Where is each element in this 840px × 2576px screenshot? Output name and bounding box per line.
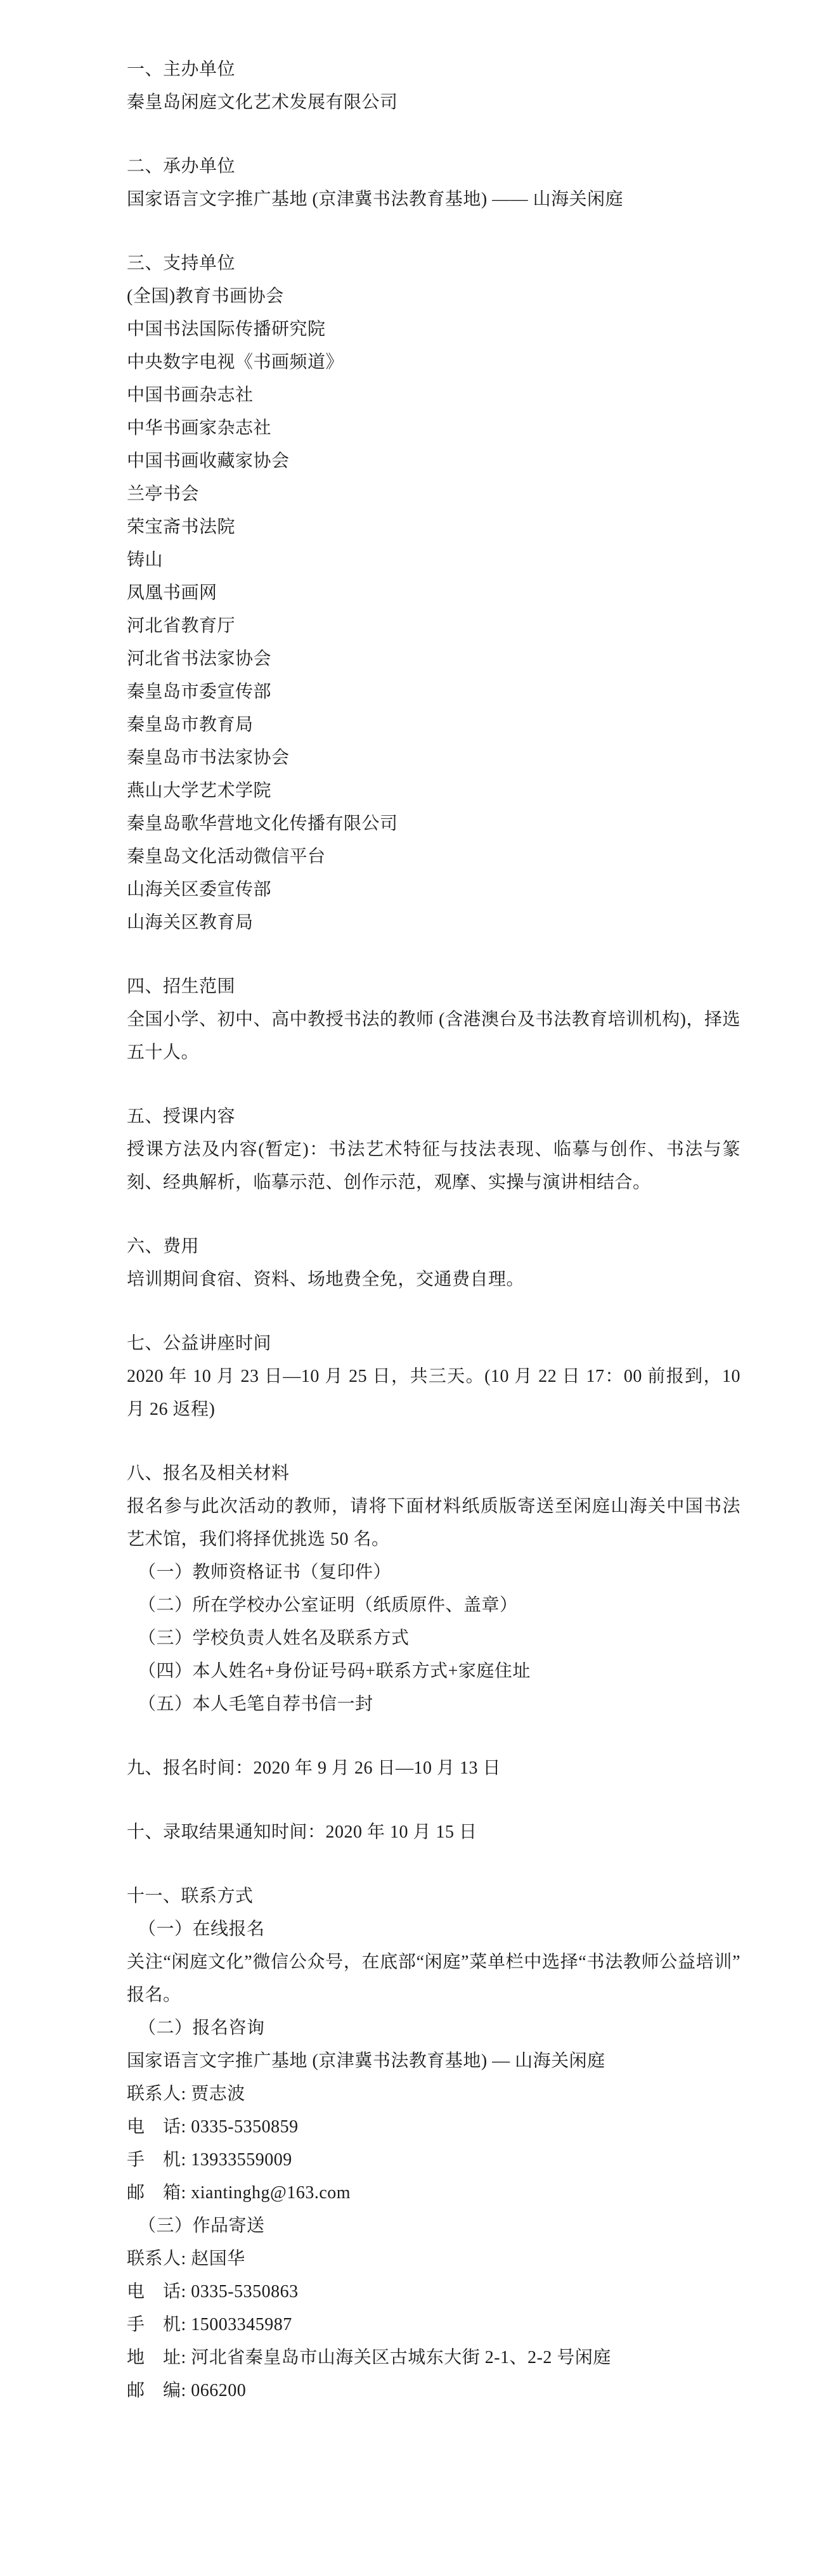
section-lecture-time: 七、公益讲座时间2020 年 10 月 23 日—10 月 25 日，共三天。(… <box>127 1327 740 1426</box>
section-heading: 十一、联系方式 <box>127 1880 740 1913</box>
text-line: 地 址: 河北省秦皇岛市山海关区古城东大街 2-1、2-2 号闲庭 <box>127 2341 740 2374</box>
section-enrollment-scope: 四、招生范围全国小学、初中、高中教授书法的教师 (含港澳台及书法教育培训机构)，… <box>127 970 740 1069</box>
text-line: （二）报名咨询 <box>127 2012 740 2045</box>
text-line: 电 话: 0335-5350859 <box>127 2111 740 2144</box>
text-line: 关注“闲庭文化”微信公众号，在底部“闲庭”菜单栏中选择“书法教师公益培训”报名。 <box>127 1946 740 2012</box>
text-line: （一）教师资格证书（复印件） <box>127 1556 740 1589</box>
text-line: 联系人: 赵国华 <box>127 2243 740 2276</box>
text-line: 培训期间食宿、资料、场地费全免，交通费自理。 <box>127 1263 740 1296</box>
section-heading: 三、支持单位 <box>127 247 740 280</box>
text-line: 兰亭书会 <box>127 478 740 511</box>
text-line: 中央数字电视《书画频道》 <box>127 346 740 379</box>
text-line: 荣宝斋书法院 <box>127 511 740 544</box>
text-line: （四）本人姓名+身份证号码+联系方式+家庭住址 <box>127 1655 740 1688</box>
section-registration-materials: 八、报名及相关材料报名参与此次活动的教师，请将下面材料纸质版寄送至闲庭山海关中国… <box>127 1457 740 1721</box>
text-line: 秦皇岛市教育局 <box>127 709 740 742</box>
text-line: 秦皇岛市委宣传部 <box>127 676 740 709</box>
text-line: 中国书画收藏家协会 <box>127 445 740 478</box>
section-admission-result-time: 十、录取结果通知时间：2020 年 10 月 15 日 <box>127 1816 740 1849</box>
text-line: 秦皇岛歌华营地文化传播有限公司 <box>127 808 740 840</box>
text-line: 秦皇岛市书法家协会 <box>127 742 740 775</box>
text-line: （一）在线报名 <box>127 1913 740 1946</box>
text-line: 邮 编: 066200 <box>127 2374 740 2407</box>
section-host-unit: 一、主办单位秦皇岛闲庭文化艺术发展有限公司 <box>127 53 740 119</box>
text-line: 联系人: 贾志波 <box>127 2078 740 2111</box>
text-line: 凤凰书画网 <box>127 577 740 610</box>
section-heading: 九、报名时间：2020 年 9 月 26 日—10 月 13 日 <box>127 1752 740 1785</box>
section-heading: 一、主办单位 <box>127 53 740 86</box>
section-contact-info: 十一、联系方式（一）在线报名关注“闲庭文化”微信公众号，在底部“闲庭”菜单栏中选… <box>127 1880 740 2407</box>
text-line: 手 机: 15003345987 <box>127 2309 740 2341</box>
section-heading: 四、招生范围 <box>127 970 740 1003</box>
text-line: 秦皇岛闲庭文化艺术发展有限公司 <box>127 86 740 119</box>
text-line: 手 机: 13933559009 <box>127 2144 740 2177</box>
text-line: （五）本人毛笔自荐书信一封 <box>127 1688 740 1721</box>
text-line: 铸山 <box>127 544 740 577</box>
section-heading: 五、授课内容 <box>127 1100 740 1133</box>
section-course-content: 五、授课内容授课方法及内容(暂定)：书法艺术特征与技法表现、临摹与创作、书法与篆… <box>127 1100 740 1199</box>
text-line: （三）作品寄送 <box>127 2210 740 2243</box>
text-line: 邮 箱: xiantinghg@163.com <box>127 2177 740 2210</box>
text-line: 电 话: 0335-5350863 <box>127 2276 740 2309</box>
text-line: 国家语言文字推广基地 (京津冀书法教育基地) — 山海关闲庭 <box>127 2045 740 2078</box>
text-line: （三）学校负责人姓名及联系方式 <box>127 1622 740 1655</box>
text-line: 山海关区教育局 <box>127 906 740 939</box>
section-supporting-units: 三、支持单位(全国)教育书画协会中国书法国际传播研究院中央数字电视《书画频道》中… <box>127 247 740 939</box>
document-content: 一、主办单位秦皇岛闲庭文化艺术发展有限公司二、承办单位国家语言文字推广基地 (京… <box>0 0 840 2483</box>
text-line: 2020 年 10 月 23 日—10 月 25 日，共三天。(10 月 22 … <box>127 1360 740 1426</box>
section-organizer-unit: 二、承办单位国家语言文字推广基地 (京津冀书法教育基地) —— 山海关闲庭 <box>127 150 740 216</box>
text-line: 全国小学、初中、高中教授书法的教师 (含港澳台及书法教育培训机构)，择选五十人。 <box>127 1003 740 1069</box>
text-line: (全国)教育书画协会 <box>127 280 740 313</box>
text-line: 山海关区委宣传部 <box>127 873 740 906</box>
text-line: 中国书画杂志社 <box>127 379 740 412</box>
section-heading: 二、承办单位 <box>127 150 740 183</box>
section-heading: 十、录取结果通知时间：2020 年 10 月 15 日 <box>127 1816 740 1849</box>
text-line: 中国书法国际传播研究院 <box>127 313 740 346</box>
text-line: 中华书画家杂志社 <box>127 412 740 445</box>
text-line: 国家语言文字推广基地 (京津冀书法教育基地) —— 山海关闲庭 <box>127 183 740 216</box>
text-line: 报名参与此次活动的教师，请将下面材料纸质版寄送至闲庭山海关中国书法艺术馆，我们将… <box>127 1490 740 1556</box>
section-heading: 八、报名及相关材料 <box>127 1457 740 1490</box>
text-line: 燕山大学艺术学院 <box>127 775 740 808</box>
section-fees: 六、费用培训期间食宿、资料、场地费全免，交通费自理。 <box>127 1230 740 1296</box>
section-heading: 七、公益讲座时间 <box>127 1327 740 1360</box>
text-line: （二）所在学校办公室证明（纸质原件、盖章） <box>127 1589 740 1622</box>
text-line: 秦皇岛文化活动微信平台 <box>127 840 740 873</box>
section-registration-time: 九、报名时间：2020 年 9 月 26 日—10 月 13 日 <box>127 1752 740 1785</box>
text-line: 河北省书法家协会 <box>127 643 740 676</box>
text-line: 河北省教育厅 <box>127 610 740 643</box>
text-line: 授课方法及内容(暂定)：书法艺术特征与技法表现、临摹与创作、书法与篆刻、经典解析… <box>127 1133 740 1199</box>
section-heading: 六、费用 <box>127 1230 740 1263</box>
document-page: 一、主办单位秦皇岛闲庭文化艺术发展有限公司二、承办单位国家语言文字推广基地 (京… <box>0 0 840 2576</box>
